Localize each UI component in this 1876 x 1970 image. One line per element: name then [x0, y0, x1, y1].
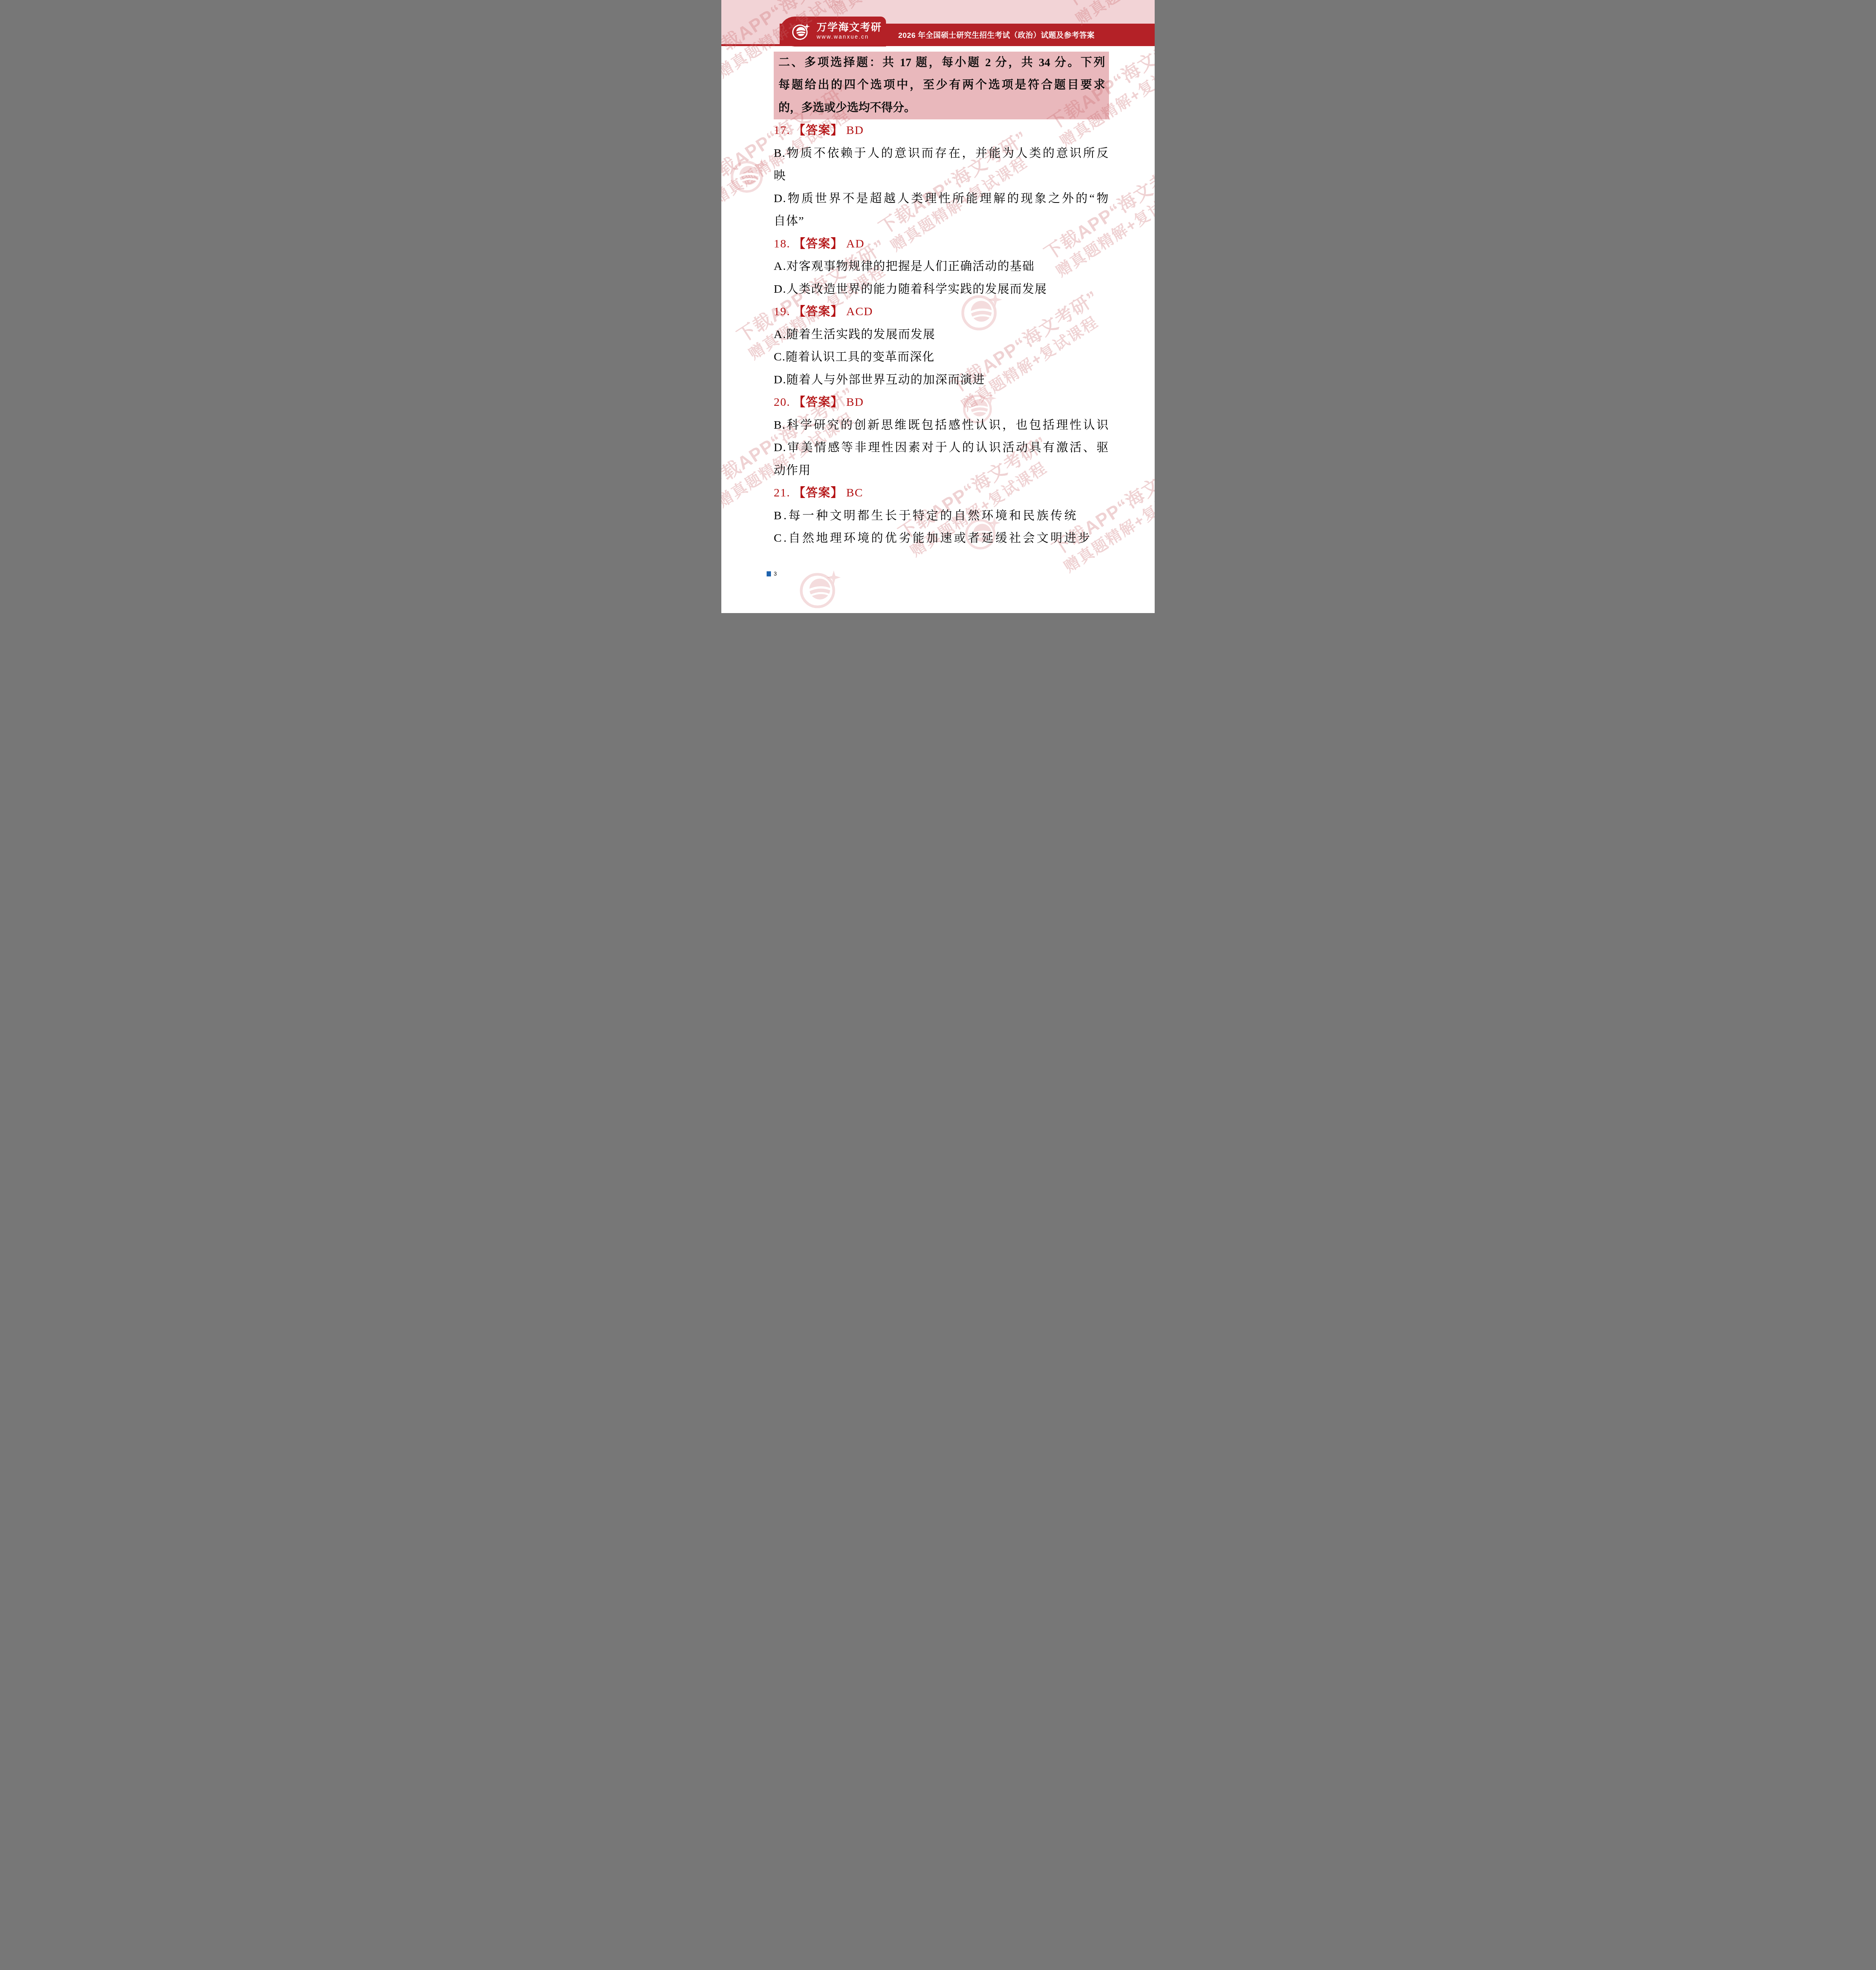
option-line: D.审美情感等非理性因素对于人的认识活动具有激活、驱 [774, 436, 1109, 459]
option-line: C.随着认识工具的变革而深化 [774, 346, 1109, 368]
answer-number: 19. [774, 305, 790, 318]
logo-texts: 万学海文考研 www.wanxue.cn [817, 21, 882, 40]
answer-letters: ACD [846, 305, 873, 318]
answer-line: 18.【答案】AD [774, 232, 1109, 255]
option-line: D.物质世界不是超越人类理性所能理解的现象之外的“物 [774, 187, 1109, 210]
answer-letters: BD [846, 396, 864, 409]
answers-content: 17.【答案】BDB.物质不依赖于人的意识而存在，并能为人类的意识所反映D.物质… [774, 119, 1109, 550]
option-line: 自体” [774, 210, 1109, 232]
answer-number: 17. [774, 124, 790, 137]
answer-number: 21. [774, 486, 790, 499]
answer-letters: BC [846, 486, 863, 499]
answer-label: 【答案】 [793, 305, 843, 318]
page-footer: 3 [767, 571, 777, 577]
watermark-logo-icon [798, 567, 841, 611]
answer-label: 【答案】 [793, 237, 843, 250]
option-line: D.人类改造世界的能力随着科学实践的发展而发展 [774, 278, 1109, 301]
section-intro-block: 二、多项选择题：共 17 题，每小题 2 分，共 34 分。下列每题给出的四个选… [774, 52, 1109, 119]
answer-label: 【答案】 [793, 486, 843, 499]
answer-label: 【答案】 [793, 124, 843, 137]
option-line: A.对客观事物规律的把握是人们正确活动的基础 [774, 255, 1109, 278]
intro-line: 二、多项选择题：共 17 题，每小题 2 分，共 34 分。下列 [774, 52, 1109, 74]
intro-line: 的，多选或少选均不得分。 [774, 97, 1109, 119]
option-line: B.物质不依赖于人的意识而存在，并能为人类的意识所反 [774, 142, 1109, 165]
answer-line: 17.【答案】BD [774, 119, 1109, 142]
option-line: B.每一种文明都生长于特定的自然环境和民族传统 [774, 504, 1109, 527]
page-marker-icon [767, 571, 771, 576]
watermark-logo-icon [729, 156, 769, 195]
wanxue-logo-icon [791, 22, 810, 41]
answer-label: 【答案】 [793, 396, 843, 409]
answer-number: 18. [774, 237, 790, 250]
answer-number: 20. [774, 396, 790, 409]
option-line: A.随着生活实践的发展而发展 [774, 323, 1109, 346]
intro-line: 每题给出的四个选项中，至少有两个选项是符合题目要求 [774, 74, 1109, 97]
option-line: 映 [774, 164, 1109, 187]
answer-line: 19.【答案】ACD [774, 300, 1109, 323]
option-line: D.随着人与外部世界互动的加深而演进 [774, 368, 1109, 391]
logo: 万学海文考研 www.wanxue.cn [780, 17, 886, 46]
option-line: C.自然地理环境的优劣能加速或者延缓社会文明进步 [774, 527, 1109, 550]
option-line: B.科学研究的创新思维既包括感性认识，也包括理性认识 [774, 414, 1109, 437]
option-line: 动作用 [774, 459, 1109, 482]
page-number: 3 [774, 571, 777, 577]
logo-brand-text: 万学海文考研 [817, 21, 882, 33]
page: 万学海文考研 www.wanxue.cn 2026 年全国硕士研究生招生考试（政… [721, 0, 1155, 613]
header-underline [721, 44, 781, 46]
answer-letters: BD [846, 124, 864, 137]
answer-letters: AD [846, 237, 864, 250]
answer-line: 21.【答案】BC [774, 481, 1109, 504]
logo-url: www.wanxue.cn [817, 33, 882, 40]
answer-line: 20.【答案】BD [774, 391, 1109, 414]
document-title: 2026 年全国硕士研究生招生考试（政治）试题及参考答案 [898, 24, 1095, 46]
